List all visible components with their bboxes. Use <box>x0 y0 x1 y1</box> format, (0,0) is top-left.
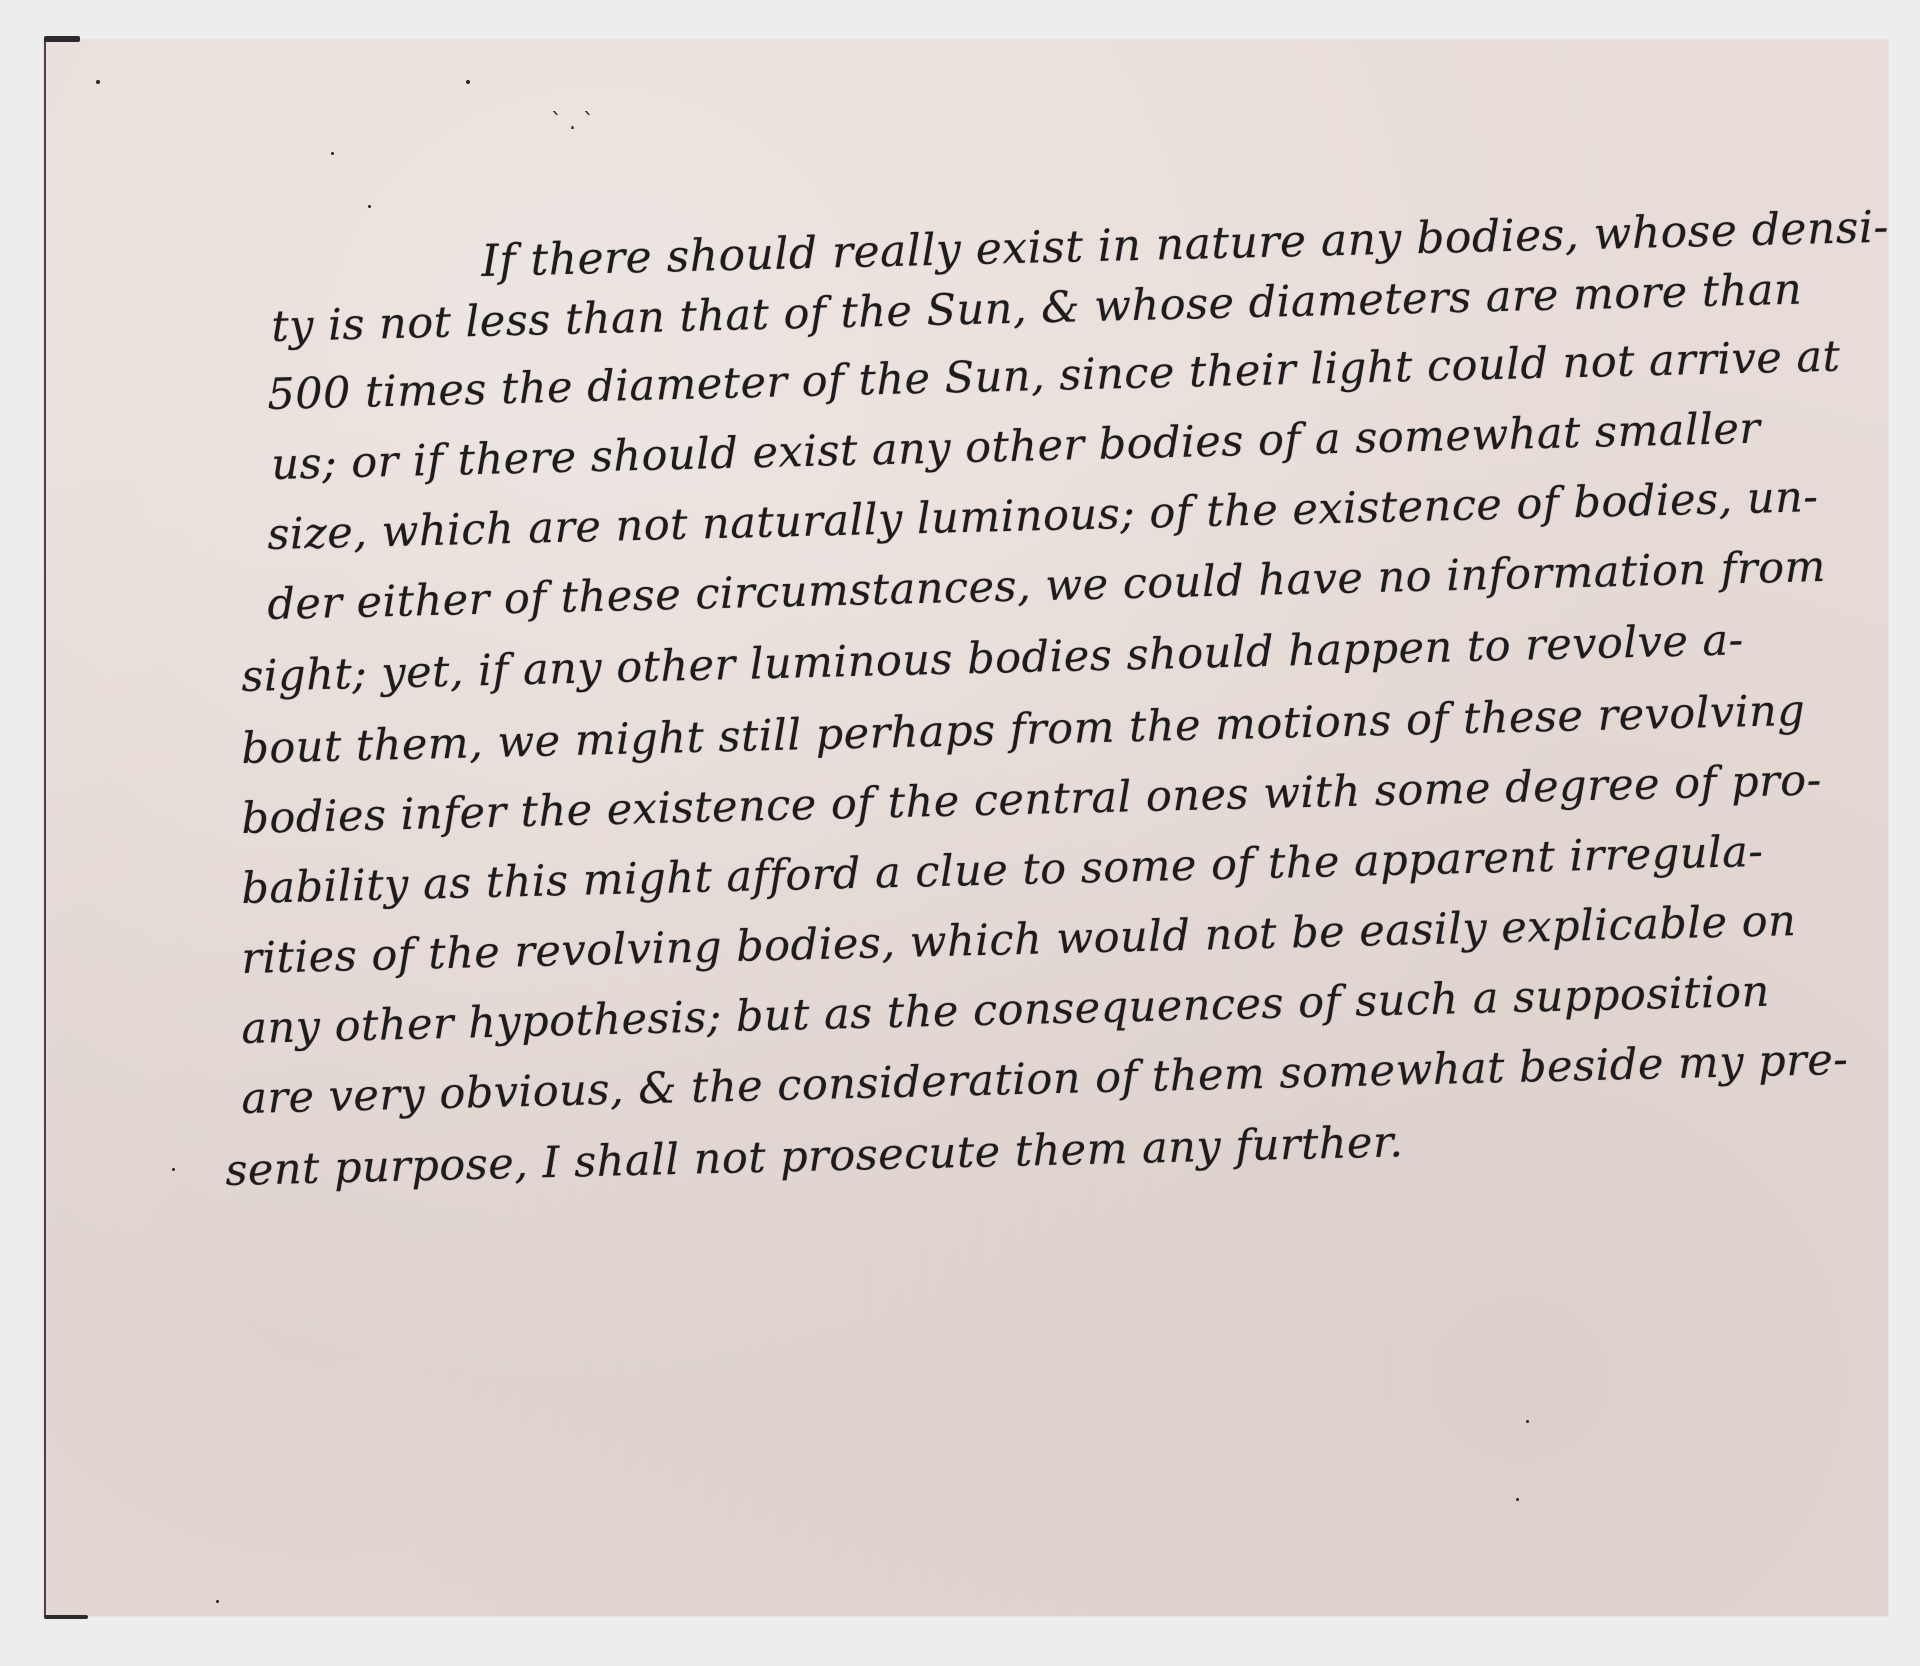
text-line: der either of these circumstances, we co… <box>267 542 1827 630</box>
text-line: sent purpose, I shall not prosecute them… <box>225 1117 1404 1196</box>
manuscript-text: If there should really exist in nature a… <box>46 40 1888 1616</box>
text-line: any other hypothesis; but as the consequ… <box>241 967 1771 1054</box>
text-line: bability as this might afford a clue to … <box>241 827 1764 914</box>
manuscript-paper: ` . ` If there should really exist in na… <box>44 40 1888 1616</box>
text-line: us; or if there should exist any other b… <box>271 404 1761 490</box>
text-line: sight; yet, if any other luminous bodies… <box>241 615 1744 702</box>
